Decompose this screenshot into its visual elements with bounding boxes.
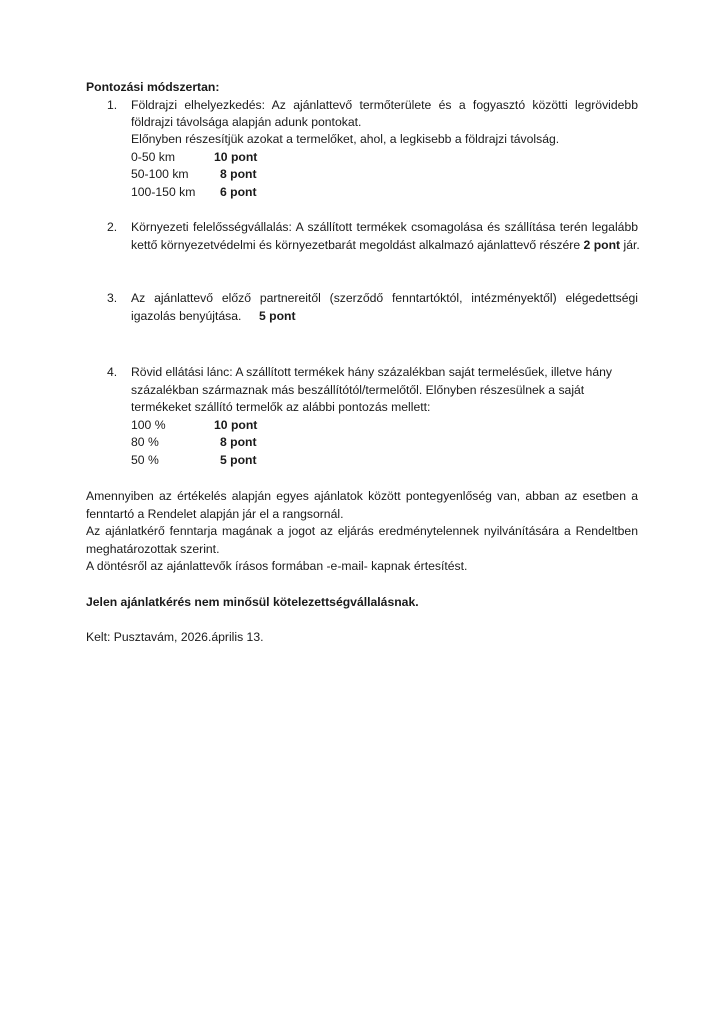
distance-label-2: 50-100 km bbox=[131, 166, 189, 182]
item-1-line-1: Földrajzi elhelyezkedés: Az ajánlattevő … bbox=[131, 97, 638, 113]
share-label-1: 100 % bbox=[131, 417, 166, 433]
paragraph-line-5: A döntésről az ajánlattevők írásos formá… bbox=[86, 558, 467, 574]
share-points-1: 10 pont bbox=[214, 417, 257, 433]
item-2-line-2: kettő környezetvédelmi és környezetbarát… bbox=[131, 237, 640, 253]
paragraph-line-3: Az ajánlatkérő fenntarja magának a jogot… bbox=[86, 523, 638, 539]
document-page: Pontozási módszertan: 1. Földrajzi elhel… bbox=[0, 0, 724, 1024]
distance-label-3: 100-150 km bbox=[131, 184, 195, 200]
disclaimer: Jelen ajánlatkérés nem minősül kötelezet… bbox=[86, 594, 419, 610]
item-4-line-3: termékeket szállító termelők az alábbi p… bbox=[131, 399, 430, 415]
item-2-points: 2 pont bbox=[584, 238, 621, 252]
item-3-points: 5 pont bbox=[259, 308, 296, 324]
item-1-line-3: Előnyben részesítjük azokat a termelőket… bbox=[131, 131, 559, 147]
distance-points-1: 10 pont bbox=[214, 149, 257, 165]
distance-points-2: 8 pont bbox=[220, 166, 257, 182]
list-number-4: 4. bbox=[107, 364, 117, 380]
date-line: Kelt: Pusztavám, 2026.április 13. bbox=[86, 629, 264, 645]
item-3-line-1: Az ajánlattevő előző partnereitől (szerz… bbox=[131, 290, 638, 306]
section-heading: Pontozási módszertan: bbox=[86, 79, 219, 95]
paragraph-line-2: fenntartó a Rendelet alapján jár el a ra… bbox=[86, 506, 343, 522]
distance-points-3: 6 pont bbox=[220, 184, 257, 200]
share-points-2: 8 pont bbox=[220, 434, 257, 450]
item-2-suffix: jár. bbox=[620, 238, 640, 252]
item-4-line-1: Rövid ellátási lánc: A szállított termék… bbox=[131, 364, 612, 380]
share-label-3: 50 % bbox=[131, 452, 159, 468]
distance-label-1: 0-50 km bbox=[131, 149, 175, 165]
list-number-1: 1. bbox=[107, 97, 117, 113]
list-number-2: 2. bbox=[107, 219, 117, 235]
paragraph-line-4: meghatározottak szerint. bbox=[86, 541, 219, 557]
list-number-3: 3. bbox=[107, 290, 117, 306]
item-1-line-2: földrajzi távolsága alapján adunk pontok… bbox=[131, 114, 361, 130]
paragraph-line-1: Amennyiben az értékelés alapján egyes aj… bbox=[86, 488, 638, 504]
item-4-line-2: százalékban származnak más beszállítótól… bbox=[131, 382, 584, 398]
item-3-line-2: igazolás benyújtása. bbox=[131, 308, 241, 324]
item-2-text: kettő környezetvédelmi és környezetbarát… bbox=[131, 238, 584, 252]
share-label-2: 80 % bbox=[131, 434, 159, 450]
item-2-line-1: Környezeti felelősségvállalás: A szállít… bbox=[131, 219, 638, 235]
share-points-3: 5 pont bbox=[220, 452, 257, 468]
